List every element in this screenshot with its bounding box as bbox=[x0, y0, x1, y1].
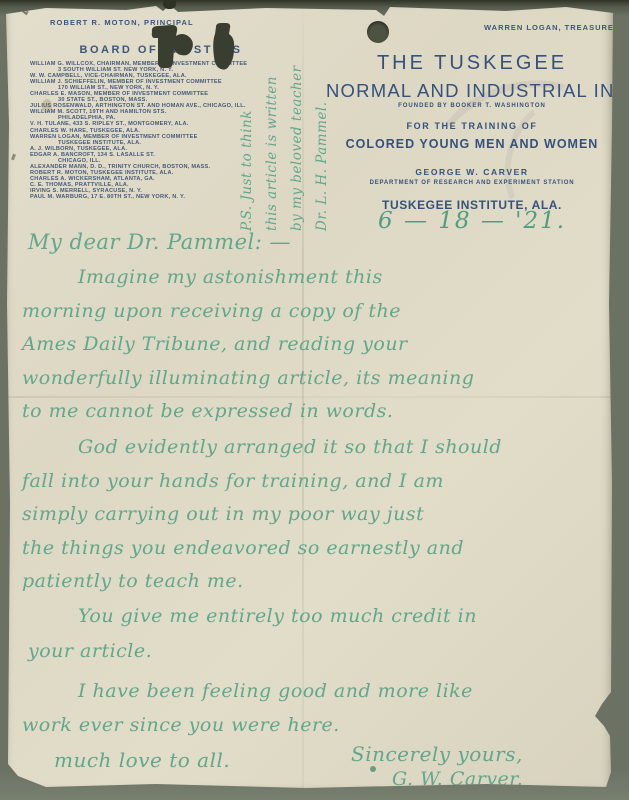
salutation: My dear Dr. Pammel: — bbox=[28, 230, 291, 254]
signature: G. W. Carver. bbox=[392, 768, 523, 790]
body-line: to me cannot be expressed in words. bbox=[22, 400, 393, 422]
body-line: simply carrying out in my poor way just bbox=[22, 503, 424, 525]
letter-paper: ROBERT R. MOTON, PRINCIPAL WARREN LOGAN,… bbox=[6, 4, 614, 792]
body-line: Imagine my astonishment this bbox=[78, 266, 383, 288]
pencil-mark bbox=[25, 8, 28, 13]
body-line: God evidently arranged it so that I shou… bbox=[78, 436, 502, 458]
punch-hole bbox=[367, 21, 389, 43]
pencil-mark bbox=[11, 154, 16, 161]
body-line: I have been feeling good and more like bbox=[78, 680, 473, 702]
body-line: your article. bbox=[28, 640, 152, 662]
body-line: the things you endeavored so earnestly a… bbox=[22, 537, 464, 559]
valediction: Sincerely yours, bbox=[351, 742, 523, 766]
ink-dot bbox=[370, 766, 376, 772]
postscript-line: by my beloved teacher bbox=[285, 13, 310, 231]
body-line: work ever since you were here. bbox=[22, 714, 340, 736]
body-line: morning upon receiving a copy of the bbox=[22, 300, 401, 322]
body-line: wonderfully illuminating article, its me… bbox=[22, 367, 474, 389]
ink-blot-marks bbox=[146, 22, 246, 80]
postscript-line: Dr. L. H. Pammel. bbox=[310, 13, 335, 231]
body-line: Ames Daily Tribune, and reading your bbox=[22, 333, 408, 355]
body-line: You give me entirely too much credit in bbox=[78, 605, 477, 627]
paper-smudge bbox=[42, 99, 52, 113]
treasurer-line: WARREN LOGAN, TREASURER bbox=[484, 23, 620, 32]
love-line: much love to all. bbox=[54, 748, 230, 772]
scanned-letter-page: ROBERT R. MOTON, PRINCIPAL WARREN LOGAN,… bbox=[0, 0, 629, 800]
torn-edge-mark bbox=[163, 0, 176, 9]
horizontal-fold-crease bbox=[6, 396, 614, 398]
postscript-line: P.S. Just to think bbox=[235, 13, 260, 231]
postscript-line: this article is written bbox=[260, 13, 285, 231]
body-line: fall into your hands for training, and I… bbox=[22, 470, 444, 492]
institute-name-line1: THE TUSKEGEE bbox=[326, 52, 618, 75]
body-line: patiently to teach me. bbox=[22, 570, 244, 592]
postscript-block: P.S. Just to think this article is writt… bbox=[235, 13, 335, 231]
